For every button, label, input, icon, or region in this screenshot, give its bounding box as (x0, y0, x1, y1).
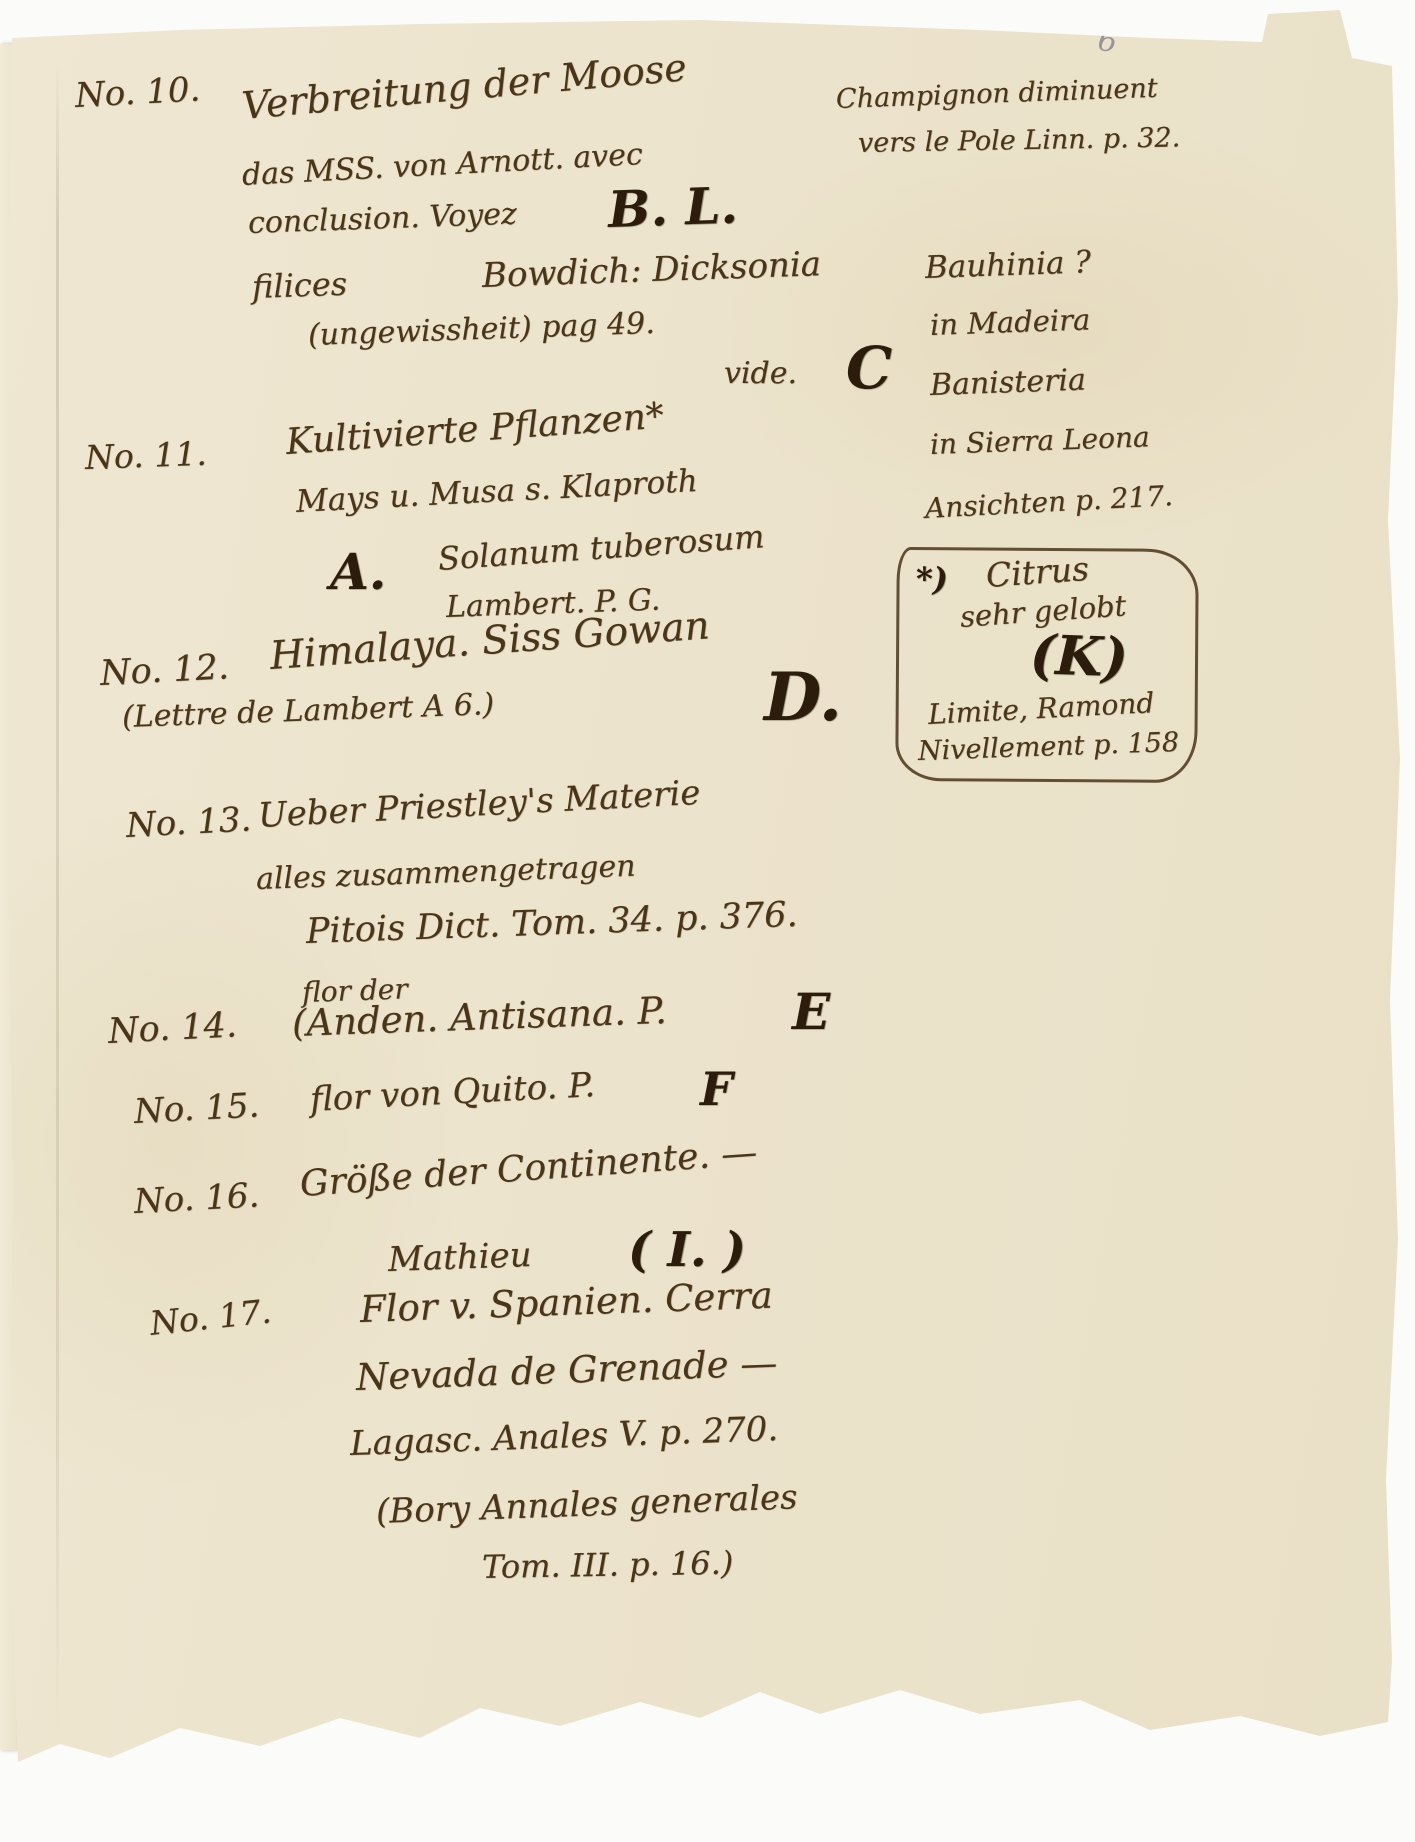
manuscript-scan: 6 No. 10. Verbreitung der Moose das MSS.… (0, 0, 1415, 1842)
entry-no10-line3a: filices (251, 265, 347, 306)
entry-no15-title: flor von Quito. P. (309, 1065, 596, 1120)
entry-no10-ref-bl: B. L. (607, 175, 739, 238)
entry-no17-line1: Nevada de Grenade — (355, 1341, 778, 1399)
entry-no11-label: No. 11. (84, 434, 207, 477)
entry-no11-line2: Solanum tuberosum (437, 517, 766, 578)
entry-no13-line2: Pitois Dict. Tom. 34. p. 376. (305, 895, 798, 952)
entry-no17-label: No. 17. (148, 1291, 273, 1342)
entry-no16-ref-i: ( I. ) (628, 1222, 746, 1278)
entry-no13-label: No. 13. (125, 799, 252, 846)
margin-bauhinia-line4: in Sierra Leona (929, 420, 1150, 461)
entry-no17-line4: Tom. III. p. 16.) (482, 1544, 734, 1586)
entry-no10-line5: vide. (724, 356, 797, 391)
entry-no17-line3: (Bory Annales generales (375, 1477, 798, 1532)
margin-champignon-line2: vers le Pole Linn. p. 32. (858, 122, 1181, 159)
entry-no16-title: Größe der Continente. — (299, 1132, 759, 1205)
entry-no12-line1: (Lettre de Lambert A 6.) (121, 687, 494, 735)
entry-no10-line4: (ungewissheit) pag 49. (307, 306, 655, 353)
entry-no13-line1: alles zusammengetragen (255, 849, 636, 897)
folio-number: 6 (1096, 23, 1120, 60)
entry-no17-line2: Lagasc. Anales V. p. 270. (349, 1409, 778, 1464)
margin-champignon-line1: Champignon diminuent (835, 73, 1158, 115)
entry-no12-ref-d: D. (764, 658, 842, 736)
entry-no14-label: No. 14. (107, 1005, 238, 1052)
entry-no16-line1: Mathieu (387, 1235, 532, 1280)
margin-bauhinia-line2: in Madeira (929, 302, 1090, 342)
entry-no11-ref-a: A. (330, 542, 386, 601)
entry-no15-ref-f: F (700, 1062, 733, 1116)
entry-no16-label: No. 16. (133, 1175, 260, 1222)
entry-no12-label: No. 12. (99, 647, 230, 694)
entry-no10-line1: das MSS. von Arnott. avec (241, 137, 643, 193)
entry-no15-label: No. 15. (133, 1085, 260, 1132)
entry-no10-title: Verbreitung der Moose (240, 45, 688, 128)
margin-citrus-line1: Citrus (985, 549, 1091, 595)
entry-no13-title: Ueber Priestley's Materie (257, 773, 701, 836)
margin-bauhinia-line3: Banisteria (929, 363, 1086, 403)
entry-no10-line2: conclusion. Voyez (247, 197, 517, 241)
entry-no10-line3b: Bowdich: Dicksonia (481, 244, 821, 296)
entry-no10-ref-c: C (846, 334, 892, 402)
manuscript-page: 6 No. 10. Verbreitung der Moose das MSS.… (0, 0, 1415, 1842)
margin-citrus-marker: *) (916, 560, 948, 598)
entry-no10-label: No. 10. (74, 69, 201, 116)
margin-citrus-ref-k: (K) (1029, 622, 1129, 689)
entry-no11-title: Kultivierte Pflanzen* (285, 396, 666, 463)
margin-bauhinia-line1: Bauhinia ? (924, 244, 1091, 286)
entry-no14-ref-e: E (792, 982, 830, 1041)
entry-no17-title: Flor v. Spanien. Cerra (359, 1274, 773, 1331)
margin-bauhinia-line5: Ansichten p. 217. (924, 479, 1174, 525)
fold-crease (56, 60, 59, 1740)
entry-no11-line1: Mays u. Musa s. Klaproth (295, 463, 698, 520)
